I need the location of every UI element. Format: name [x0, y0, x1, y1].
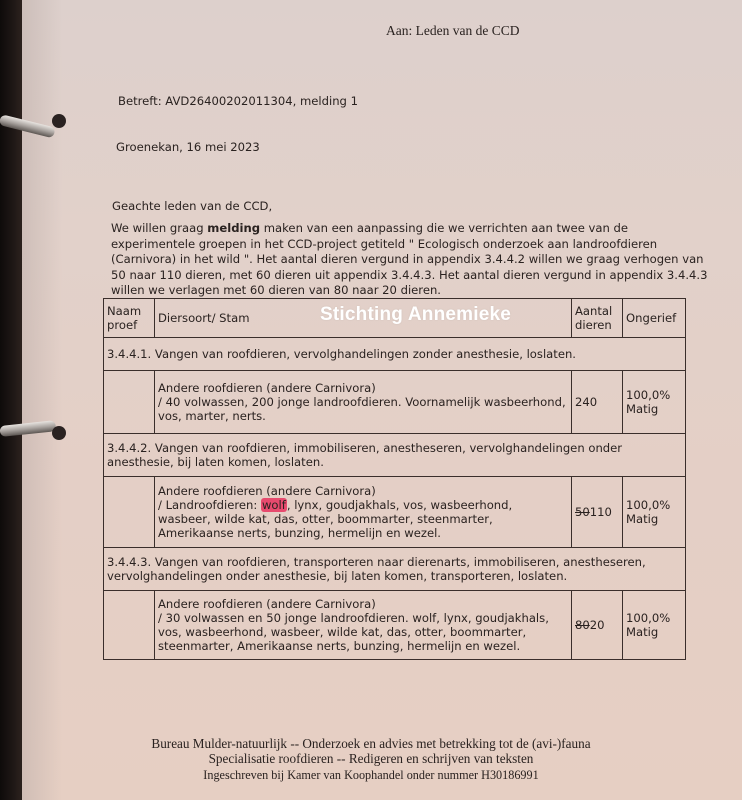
cell-aantal: 50110: [572, 477, 623, 548]
section-title: 3.4.4.1. Vangen van roofdieren, vervolgh…: [104, 338, 686, 371]
table-row: Andere roofdieren (andere Carnivora)/ 40…: [104, 371, 686, 434]
ongerief-pct: 100,0%: [626, 611, 682, 625]
ongerief-level: Matig: [626, 625, 682, 639]
cell-naam-proef: [104, 477, 155, 548]
highlighted-word-wolf: wolf: [261, 498, 287, 512]
aantal-new-value: 20: [590, 618, 605, 632]
header-naam-proef: Naam proef: [104, 299, 155, 338]
binder-ring-bottom: [0, 420, 68, 442]
footer-line-2: Specialisatie roofdieren -- Redigeren en…: [0, 751, 742, 767]
ongerief-level: Matig: [626, 402, 682, 416]
experiment-table: Naam proef Diersoort/ Stam Aantal dieren…: [103, 298, 686, 660]
section-title: 3.4.4.3. Vangen van roofdieren, transpor…: [104, 548, 686, 591]
cell-naam-proef: [104, 591, 155, 660]
cell-diersoort: Andere roofdieren (andere Carnivora)/ La…: [155, 477, 572, 548]
section-title-row: 3.4.4.2. Vangen van roofdieren, immobili…: [104, 434, 686, 477]
aantal-new-value: 110: [590, 505, 612, 519]
cell-aantal: 8020: [572, 591, 623, 660]
diersoort-line1: Andere roofdieren (andere Carnivora): [158, 597, 568, 611]
footer-line-1: Bureau Mulder-natuurlijk -- Onderzoek en…: [0, 736, 742, 752]
cell-naam-proef: [104, 371, 155, 434]
diersoort-line1: Andere roofdieren (andere Carnivora): [158, 381, 568, 395]
cell-ongerief: 100,0%Matig: [623, 591, 686, 660]
recipient-line: Aan: Leden van de CCD: [386, 24, 519, 38]
diersoort-detail: / 40 volwassen, 200 jonge landroofdieren…: [158, 395, 566, 423]
footer-line-3: Ingeschreven bij Kamer van Koophandel on…: [0, 767, 742, 783]
header-ongerief: Ongerief: [623, 299, 686, 338]
header-aantal-dieren: Aantal dieren: [572, 299, 623, 338]
ongerief-pct: 100,0%: [626, 388, 682, 402]
body-text-start: We willen graag: [111, 221, 207, 235]
binder-ring-top: [0, 108, 68, 130]
cell-diersoort: Andere roofdieren (andere Carnivora)/ 40…: [155, 371, 572, 434]
ongerief-level: Matig: [626, 512, 682, 526]
section-title-row: 3.4.4.1. Vangen van roofdieren, vervolgh…: [104, 338, 686, 371]
cell-ongerief: 100,0%Matig: [623, 371, 686, 434]
salutation: Geachte leden van de CCD,: [112, 199, 272, 213]
table-row: Andere roofdieren (andere Carnivora)/ La…: [104, 477, 686, 548]
table-row: Andere roofdieren (andere Carnivora)/ 30…: [104, 591, 686, 660]
place-date: Groenekan, 16 mei 2023: [116, 140, 260, 154]
section-title: 3.4.4.2. Vangen van roofdieren, immobili…: [104, 434, 686, 477]
diersoort-detail: / 30 volwassen en 50 jonge landroofdiere…: [158, 611, 549, 653]
body-paragraph: We willen graag melding maken van een aa…: [111, 221, 711, 299]
diersoort-detail: / Landroofdieren:: [158, 498, 261, 512]
punch-hole: [52, 426, 66, 440]
cell-aantal: 240: [572, 371, 623, 434]
watermark-text: Stichting Annemieke: [320, 304, 511, 326]
punch-hole: [52, 114, 66, 128]
body-bold-word: melding: [207, 221, 260, 235]
cell-diersoort: Andere roofdieren (andere Carnivora)/ 30…: [155, 591, 572, 660]
section-title-row: 3.4.4.3. Vangen van roofdieren, transpor…: [104, 548, 686, 591]
aantal-old-value: 50: [575, 505, 590, 519]
ring-bar: [0, 420, 56, 437]
ongerief-pct: 100,0%: [626, 498, 682, 512]
aantal-old-value: 80: [575, 618, 590, 632]
diersoort-line1: Andere roofdieren (andere Carnivora): [158, 484, 568, 498]
cell-ongerief: 100,0%Matig: [623, 477, 686, 548]
aantal-value: 240: [575, 395, 597, 409]
subject-line: Betreft: AVD26400202011304, melding 1: [118, 94, 358, 108]
